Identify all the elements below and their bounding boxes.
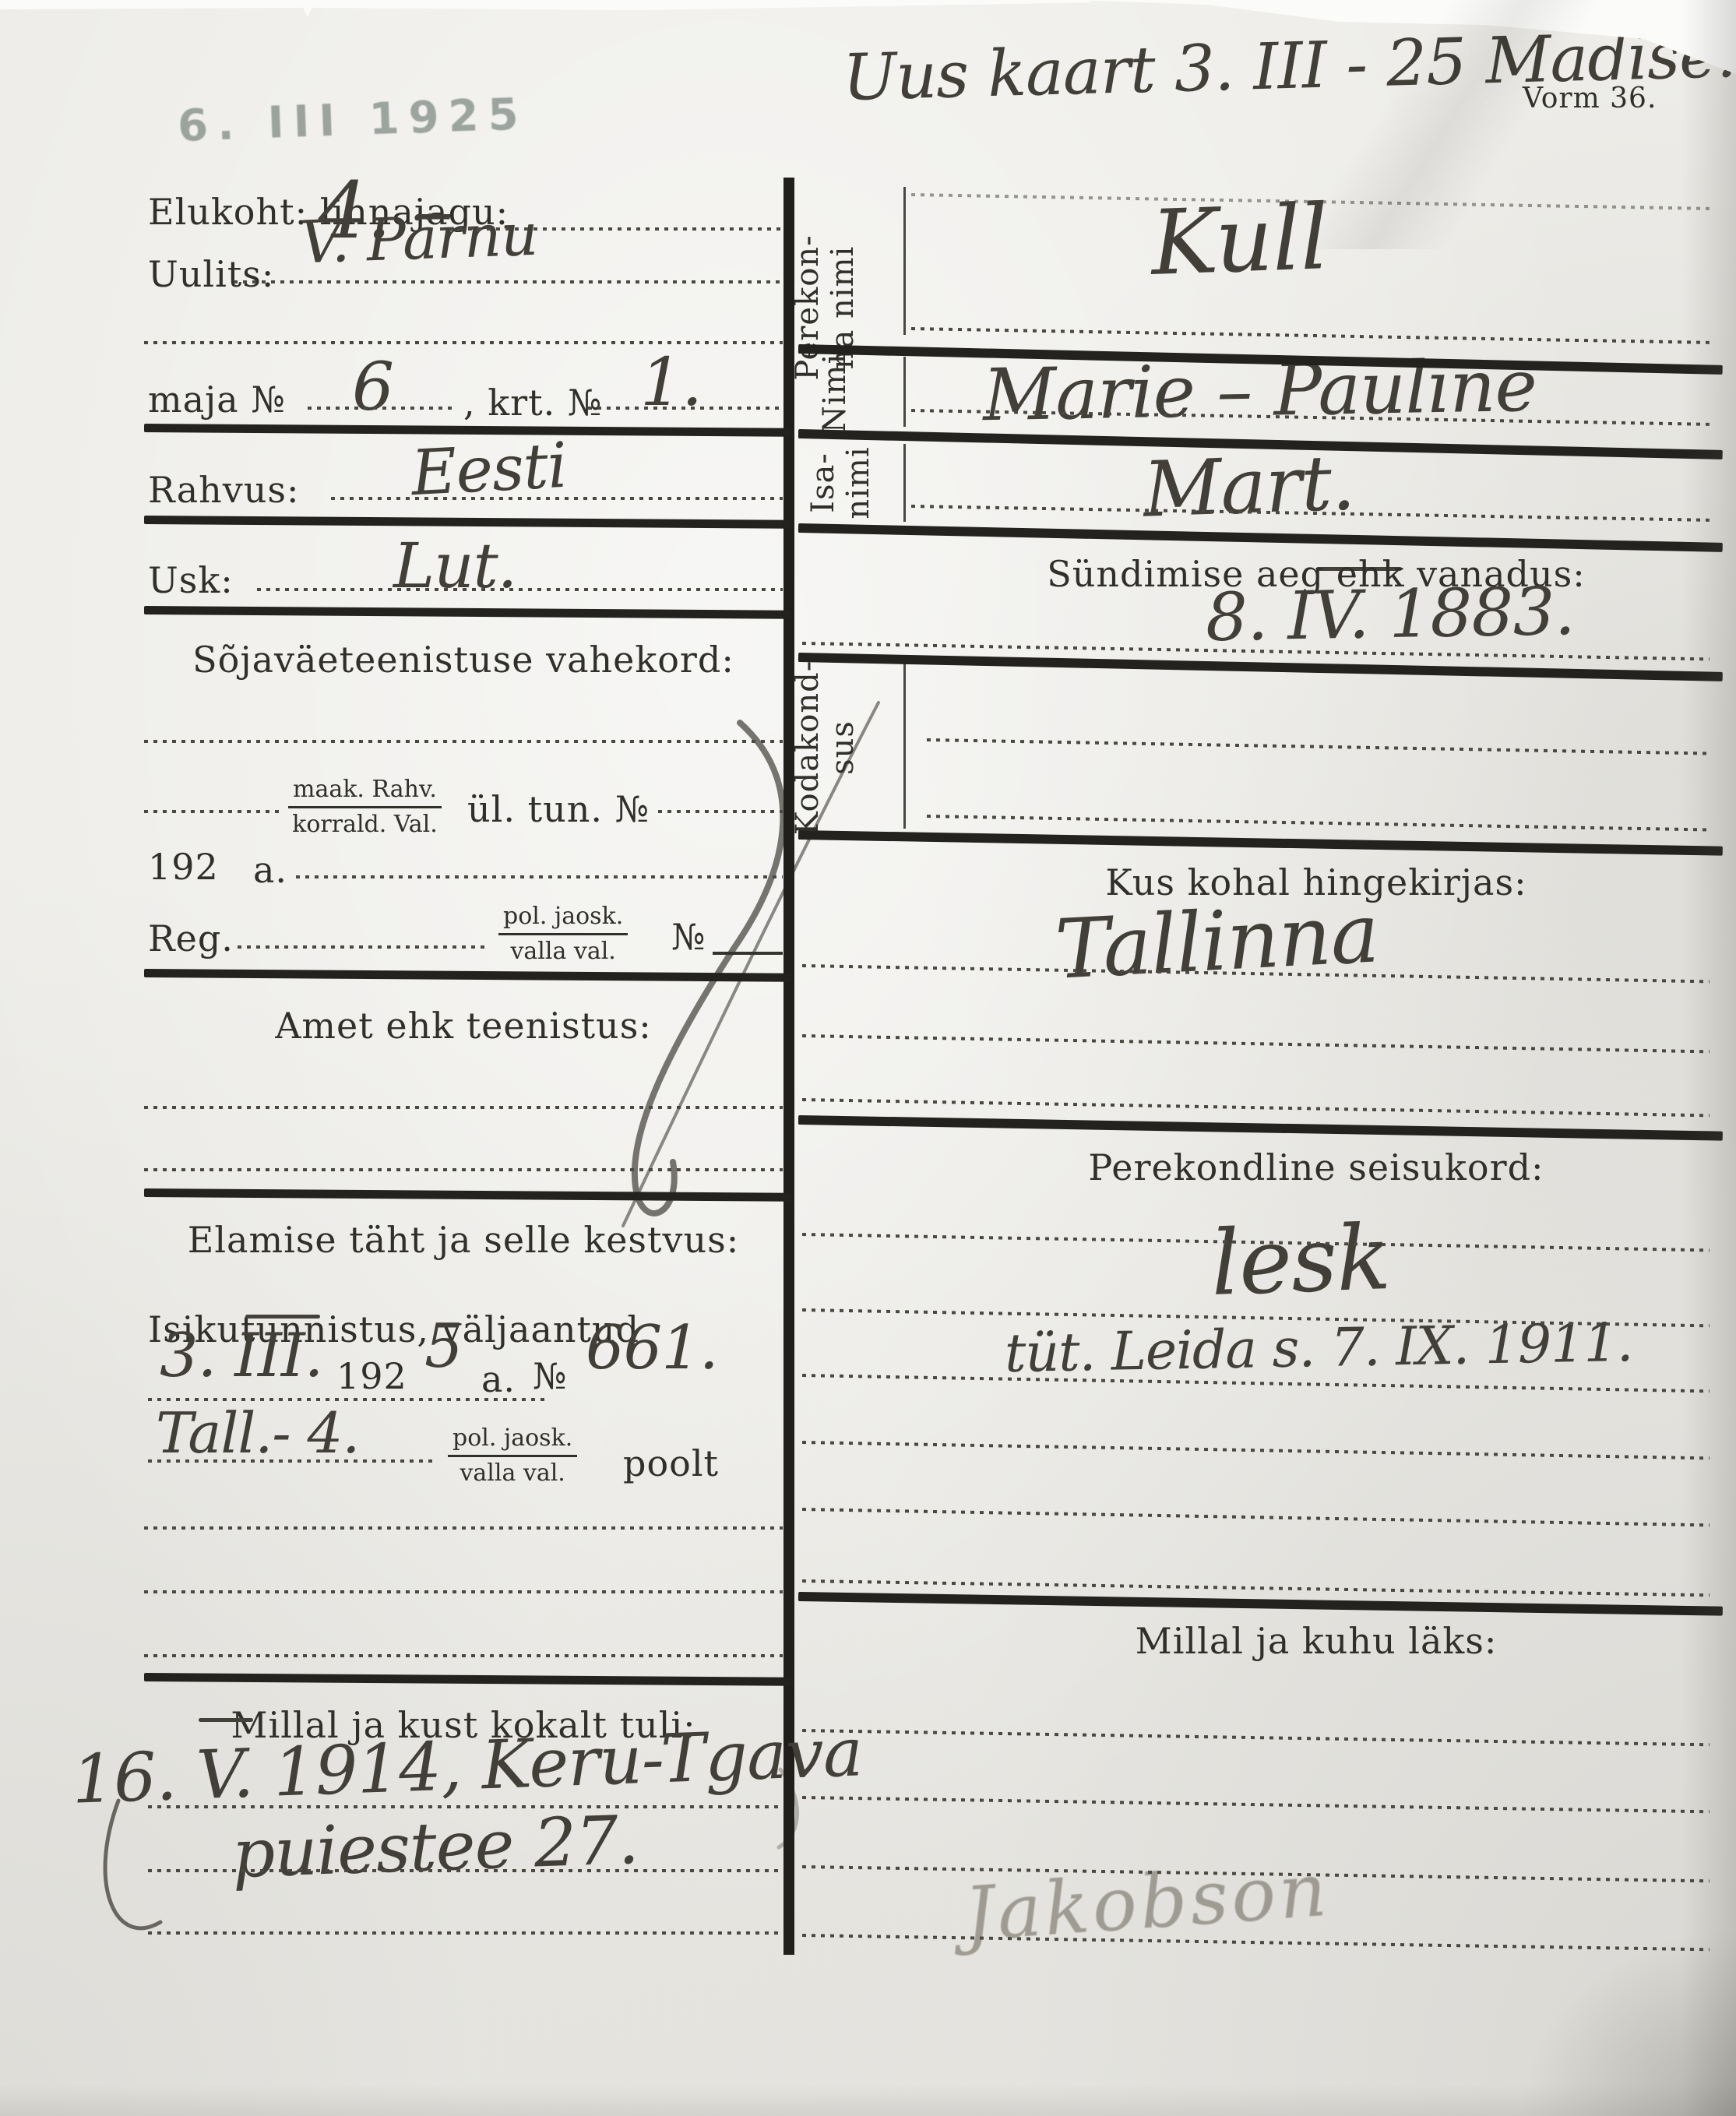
dotted-line xyxy=(144,1526,783,1530)
dotted-line xyxy=(144,1590,783,1593)
issue-year-handwritten: 5 xyxy=(424,1311,463,1382)
issue-year-print: 192 xyxy=(336,1355,407,1397)
label-separator-rule xyxy=(903,357,906,427)
scan-shadow xyxy=(0,2085,1736,2116)
divider-line xyxy=(783,178,794,1955)
date-stamp: 6. III 1925 xyxy=(177,89,529,152)
corner-fold-shadow xyxy=(1502,1914,1736,2116)
krt-handwritten: 1. xyxy=(640,344,702,421)
year-a-label: a. xyxy=(253,849,287,891)
issue-date-handwritten: 3. III. xyxy=(160,1321,322,1391)
elamise-section-header: Elamise täht ja selle kestvus: xyxy=(144,1219,783,1261)
overline-stroke xyxy=(199,1718,253,1722)
dotted-line xyxy=(144,1654,783,1657)
label-separator-rule xyxy=(903,187,906,335)
rahvus-label: Rahvus: xyxy=(148,469,299,511)
dotted-line xyxy=(148,1805,783,1808)
dotted-line xyxy=(927,738,1710,755)
section-rule xyxy=(798,1115,1723,1141)
citizenship-vertical-label: Kodakond- sus xyxy=(791,631,900,864)
dotted-line xyxy=(802,1441,1710,1459)
dotted-line xyxy=(257,588,783,591)
departure-section-header: Millal ja kuhu läks: xyxy=(911,1620,1721,1662)
dotted-line xyxy=(331,497,783,500)
father-name-handwritten: Mart. xyxy=(1142,438,1356,534)
maja-handwritten: 6 xyxy=(352,349,393,426)
dotted-line xyxy=(802,1034,1710,1053)
dotted-line xyxy=(802,1796,1710,1813)
dotted-line xyxy=(144,341,783,344)
section-rule xyxy=(144,1673,791,1686)
reg-no-sign: № xyxy=(671,916,706,958)
paper-crease xyxy=(1129,0,1736,249)
issue-a-label: a. xyxy=(481,1358,516,1400)
dotted-line xyxy=(238,945,487,949)
maak-rahv-fraction-top: maak. Rahv. xyxy=(288,775,442,808)
amet-section-header: Amet ehk teenistus: xyxy=(144,1005,783,1047)
section-rule xyxy=(144,516,791,529)
dotted-line xyxy=(911,327,1710,344)
label-separator-rule xyxy=(903,444,906,522)
reg-no-underline xyxy=(713,952,783,955)
dotted-line xyxy=(148,1459,436,1463)
scan-shadow xyxy=(1681,0,1736,2116)
pol-jaosk-fraction-2: pol. jaosk. valla val. xyxy=(448,1424,577,1488)
dotted-line xyxy=(802,1508,1710,1526)
usk-handwritten: Lut. xyxy=(393,530,516,602)
dotted-line xyxy=(148,1869,783,1872)
maak-rahv-fraction: maak. Rahv. korrald. Val. xyxy=(288,775,442,839)
section-rule xyxy=(798,1592,1723,1616)
dotted-line xyxy=(308,407,452,410)
ul-tun-label: ül. tun. № xyxy=(467,788,650,830)
dotted-line xyxy=(802,1729,1710,1746)
maja-label: maja № xyxy=(148,378,286,421)
year-192-label: 192 xyxy=(148,846,219,888)
overline-stroke xyxy=(245,1315,320,1319)
dotted-line xyxy=(927,815,1710,832)
dotted-line xyxy=(148,1931,783,1935)
pol-jaosk-fraction-2-top: pol. jaosk. xyxy=(448,1424,577,1457)
dotted-line xyxy=(148,1398,545,1401)
dotted-line xyxy=(144,740,783,743)
pol-jaosk-fraction-top: pol. jaosk. xyxy=(498,902,628,935)
father-name-vertical-label: Isa- nimi xyxy=(806,389,876,576)
section-rule xyxy=(144,606,791,619)
registration-card-scan: 6. III 1925 Uus kaart 3. III - 25 Madise… xyxy=(0,0,1736,2116)
section-rule xyxy=(144,1188,791,1202)
military-section-header: Sõjaväeteenistuse vahekord: xyxy=(144,639,783,681)
residence-handwritten: Tallinna xyxy=(1053,885,1381,998)
usk-label: Usk: xyxy=(148,559,234,601)
family-section-header: Perekondline seisukord: xyxy=(911,1146,1721,1188)
arrival-line2-handwritten: puiestee 27. xyxy=(231,1801,639,1893)
dotted-line xyxy=(296,875,783,878)
krt-label: , krt. № xyxy=(463,382,602,424)
maak-rahv-fraction-bottom: korrald. Val. xyxy=(288,808,442,840)
dotted-line xyxy=(144,1168,783,1171)
uulits-label: Uulits: xyxy=(148,253,274,295)
section-rule xyxy=(798,830,1723,856)
dotted-line xyxy=(144,810,280,813)
reg-label: Reg. xyxy=(148,917,234,959)
pol-jaosk-fraction-bottom: valla val. xyxy=(498,935,628,966)
section-rule xyxy=(144,969,791,982)
dotted-line xyxy=(802,1098,1710,1117)
dotted-line xyxy=(588,407,779,410)
family-status-handwritten: lesk xyxy=(1210,1206,1392,1316)
dotted-line xyxy=(144,1106,783,1109)
pol-jaosk-fraction: pol. jaosk. valla val. xyxy=(498,902,628,966)
label-separator-rule xyxy=(903,664,906,829)
poolt-label: poolt xyxy=(623,1442,719,1484)
birth-date-handwritten: 8. IV. 1883. xyxy=(1205,573,1575,657)
uulits-handwritten: V. Pärnu xyxy=(299,200,539,277)
dotted-line xyxy=(658,810,783,813)
pol-jaosk-fraction-2-bottom: valla val. xyxy=(448,1457,577,1488)
dotted-line xyxy=(440,227,783,231)
issue-no-sign: № xyxy=(533,1355,568,1397)
issuer-handwritten: Tall.- 4. xyxy=(156,1400,359,1466)
issue-number-handwritten: 661. xyxy=(586,1313,718,1383)
torn-paper-edge xyxy=(0,0,1090,17)
dotted-line xyxy=(234,280,783,283)
